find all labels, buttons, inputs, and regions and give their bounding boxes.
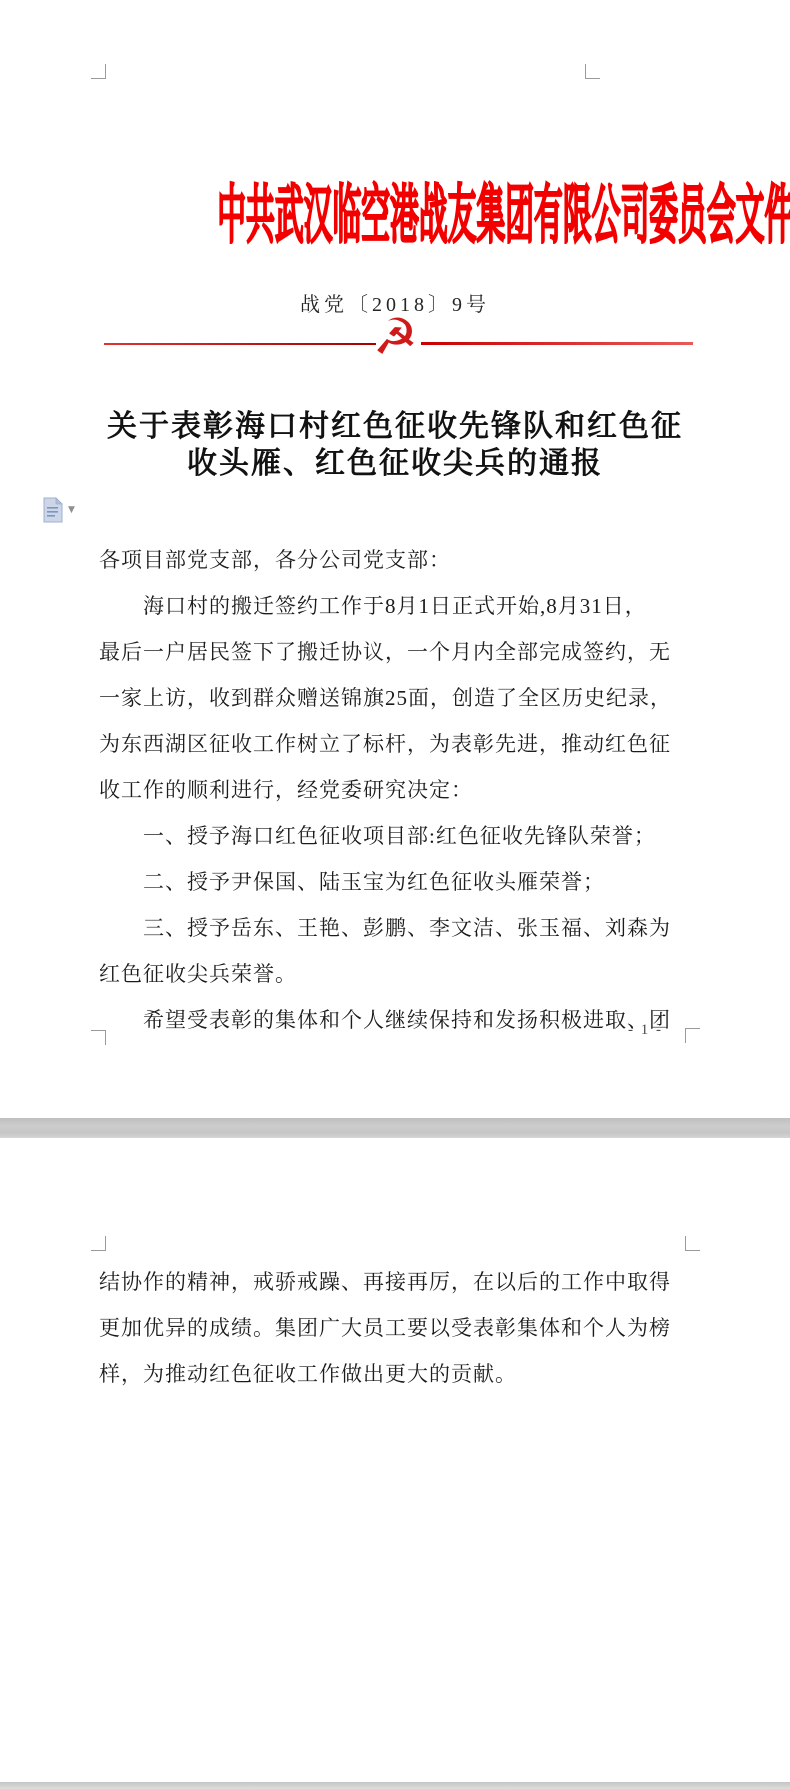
body-line: 收工作的顺利进行，经党委研究决定：	[99, 767, 695, 813]
body-line: 三、授予岳东、王艳、彭鹏、李文洁、张玉福、刘森为	[99, 905, 695, 951]
body-line: 结协作的精神，戒骄戒躁、再接再厉，在以后的工作中取得	[99, 1259, 695, 1305]
red-letterhead-title: 中共武汉临空港战友集团有限公司委员会文件	[217, 173, 573, 257]
viewer-bottom-edge	[0, 1782, 790, 1789]
body-line: 样，为推动红色征收工作做出更大的贡献。	[99, 1351, 695, 1397]
document-title-line-1: 关于表彰海口村红色征收先锋队和红色征	[0, 408, 790, 445]
body-line: 二、授予尹保国、陆玉宝为红色征收头雁荣誉；	[99, 859, 695, 905]
body-line: 最后一户居民签下了搬迁协议，一个月内全部完成签约，无	[99, 629, 695, 675]
page-2: 结协作的精神，戒骄戒躁、再接再厉，在以后的工作中取得 更加优异的成绩。集团广大员…	[0, 1138, 790, 1782]
document-title: 关于表彰海口村红色征收先锋队和红色征 收头雁、红色征收尖兵的通报	[0, 408, 790, 482]
body-line: 红色征收尖兵荣誉。	[99, 951, 695, 997]
body-line: 一、授予海口红色征收项目部:红色征收先锋队荣誉；	[99, 813, 695, 859]
chevron-down-icon[interactable]: ▼	[68, 497, 75, 515]
document-title-line-2: 收头雁、红色征收尖兵的通报	[0, 445, 790, 482]
document-viewer: 中共武汉临空港战友集团有限公司委员会文件 战党〔2018〕9号 ☭ 关于表彰海口…	[0, 0, 790, 1789]
body-line: 希望受表彰的集体和个人继续保持和发扬积极进取、团	[99, 997, 695, 1043]
body-line: 为东西湖区征收工作树立了标杆，为表彰先进，推动红色征	[99, 721, 695, 767]
page-separator	[0, 1118, 790, 1138]
page-2-body-text: 结协作的精神，戒骄戒躁、再接再厉，在以后的工作中取得 更加优异的成绩。集团广大员…	[99, 1259, 695, 1397]
body-line: 一家上访，收到群众赠送锦旗25面，创造了全区历史纪录，	[99, 675, 695, 721]
document-paste-icon	[42, 497, 64, 524]
text-boundary-mark-top-left	[91, 1236, 106, 1251]
page-1-body-text: 各项目部党支部，各分公司党支部： 海口村的搬迁签约工作于8月1日正式开始,8月3…	[99, 537, 695, 1043]
body-line: 各项目部党支部，各分公司党支部：	[99, 537, 695, 583]
text-boundary-mark-top-right	[685, 1236, 700, 1251]
body-line: 更加优异的成绩。集团广大员工要以受表彰集体和个人为榜	[99, 1305, 695, 1351]
red-rule-left	[104, 343, 376, 345]
red-rule-right	[421, 342, 693, 345]
party-emblem-icon: ☭	[373, 312, 418, 362]
page-1: 中共武汉临空港战友集团有限公司委员会文件 战党〔2018〕9号 ☭ 关于表彰海口…	[0, 0, 790, 1118]
text-boundary-mark-top-right	[585, 64, 600, 79]
text-boundary-mark-top-left	[91, 64, 106, 79]
body-line: 海口村的搬迁签约工作于8月1日正式开始,8月31日，	[99, 583, 695, 629]
page-number: - 1 -	[628, 1022, 663, 1039]
paste-options-button[interactable]: ▼	[42, 497, 75, 524]
